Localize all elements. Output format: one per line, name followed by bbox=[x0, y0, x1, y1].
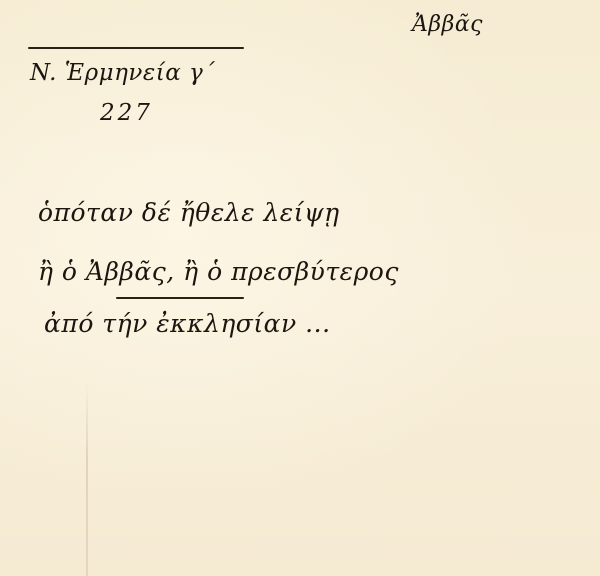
word-underline bbox=[116, 297, 244, 299]
reference-rule-line bbox=[28, 47, 244, 49]
manuscript-page: Ἀββᾶς N. Ἑρμηνεία γ´ 227 ὁπόταν δέ ἤθελε… bbox=[0, 0, 600, 576]
reference-label: N. Ἑρμηνεία γ´ bbox=[30, 60, 215, 86]
text-line-2: ἢ ὁ Ἀββᾶς, ἢ ὁ πρεσβύτερος bbox=[38, 257, 399, 286]
corner-annotation: Ἀββᾶς bbox=[412, 12, 483, 37]
text-line-3: ἀπό τήν ἐκκλησίαν ... bbox=[44, 309, 331, 338]
paper-fold-crease bbox=[86, 380, 88, 576]
text-line-1: ὁπόταν δέ ἤθελε λείψῃ bbox=[38, 198, 340, 227]
reference-number: 227 bbox=[100, 100, 153, 126]
